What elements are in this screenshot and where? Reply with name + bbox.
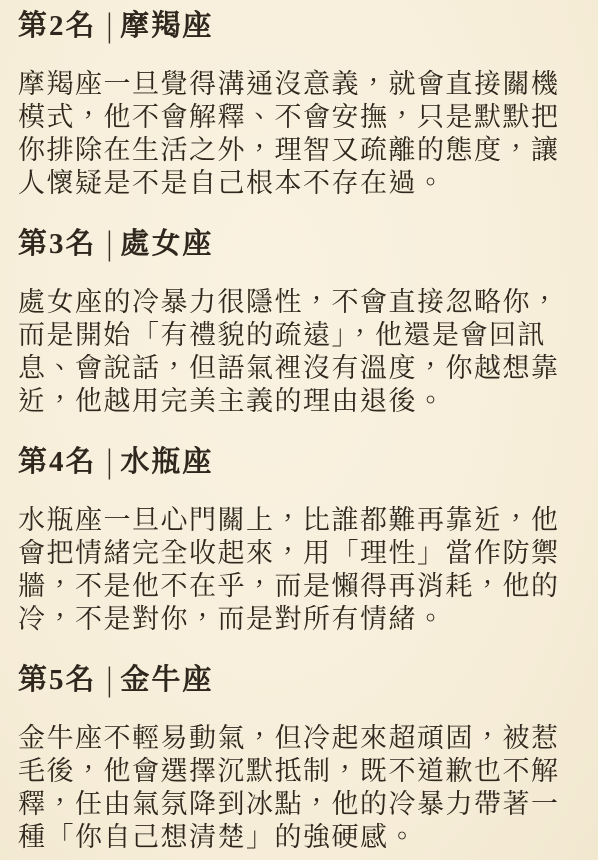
- zodiac-sign-name: 摩羯座: [120, 8, 213, 44]
- heading-divider: |: [107, 659, 115, 700]
- section-body: 處女座的冷暴力很隱性，不會直接忽略你， 而是開始「有禮貌的疏遠」，他還是會回訊 …: [18, 286, 580, 418]
- zodiac-section-taurus: 第5名 | 金牛座 金牛座不輕易動氣，但冷起來超頑固，被惹 毛後，他會選擇沉默抵…: [18, 662, 580, 854]
- section-body: 水瓶座一旦心門關上，比誰都難再靠近，他 會把情緒完全收起來，用「理性」當作防禦 …: [18, 504, 580, 636]
- zodiac-section-virgo: 第3名 | 處女座 處女座的冷暴力很隱性，不會直接忽略你， 而是開始「有禮貌的疏…: [18, 226, 580, 418]
- rank-label: 第5名: [18, 662, 97, 698]
- rank-label: 第2名: [18, 8, 97, 44]
- rank-label: 第3名: [18, 226, 97, 262]
- zodiac-sign-name: 金牛座: [120, 662, 213, 698]
- section-body: 摩羯座一旦覺得溝通沒意義，就會直接關機 模式，他不會解釋、不會安撫，只是默默把 …: [18, 68, 580, 200]
- zodiac-section-capricorn: 第2名 | 摩羯座 摩羯座一旦覺得溝通沒意義，就會直接關機 模式，他不會解釋、不…: [18, 8, 580, 200]
- heading-divider: |: [107, 5, 115, 46]
- document-page: 第2名 | 摩羯座 摩羯座一旦覺得溝通沒意義，就會直接關機 模式，他不會解釋、不…: [0, 0, 598, 860]
- zodiac-sign-name: 處女座: [120, 226, 213, 262]
- section-heading: 第4名 | 水瓶座: [18, 444, 580, 480]
- section-heading: 第5名 | 金牛座: [18, 662, 580, 698]
- rank-label: 第4名: [18, 444, 97, 480]
- zodiac-section-aquarius: 第4名 | 水瓶座 水瓶座一旦心門關上，比誰都難再靠近，他 會把情緒完全收起來，…: [18, 444, 580, 636]
- heading-divider: |: [107, 441, 115, 482]
- section-body: 金牛座不輕易動氣，但冷起來超頑固，被惹 毛後，他會選擇沉默抵制，既不道歉也不解 …: [18, 722, 580, 854]
- heading-divider: |: [107, 223, 115, 264]
- section-heading: 第3名 | 處女座: [18, 226, 580, 262]
- section-heading: 第2名 | 摩羯座: [18, 8, 580, 44]
- zodiac-sign-name: 水瓶座: [120, 444, 213, 480]
